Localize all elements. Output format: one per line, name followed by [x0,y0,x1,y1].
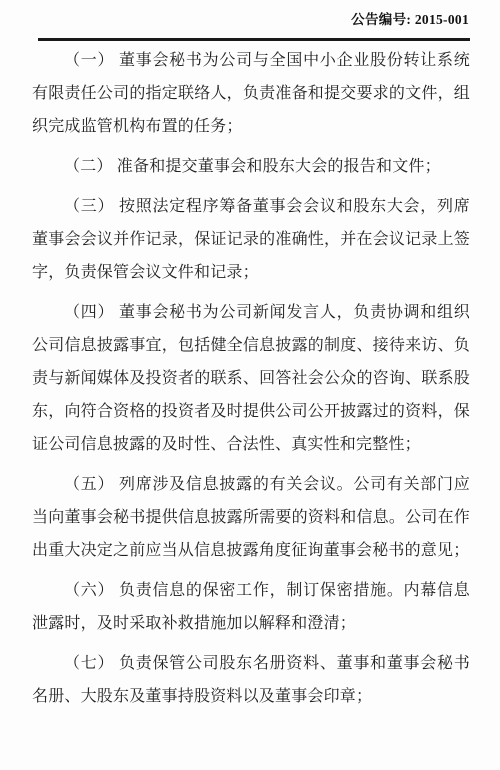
paragraph-item-7: （七） 负责保管公司股东名册资料、董事和董事会秘书名册、大股东及董事持股资料以及… [32,647,470,713]
document-page: 公告编号: 2015-001 （一） 董事会秘书为公司与全国中小企业股份转让系统… [0,0,500,770]
paragraph-item-4: （四） 董事会秘书为公司新闻发言人，负责协调和组织公司信息披露事宜，包括健全信息… [32,296,470,461]
paragraph-item-3: （三） 按照法定程序筹备董事会会议和股东大会，列席董事会会议并作记录，保证记录的… [32,190,470,289]
document-body: （一） 董事会秘书为公司与全国中小企业股份转让系统有限责任公司的指定联络人，负责… [32,44,470,720]
announcement-number: 公告编号: 2015-001 [351,8,469,28]
header-divider [38,38,470,41]
paragraph-item-1: （一） 董事会秘书为公司与全国中小企业股份转让系统有限责任公司的指定联络人，负责… [32,44,470,143]
paragraph-item-5: （五） 列席涉及信息披露的有关会议。公司有关部门应当向董事会秘书提供信息披露所需… [32,468,470,567]
paragraph-item-6: （六） 负责信息的保密工作，制订保密措施。内幕信息泄露时，及时采取补救措施加以解… [32,574,470,640]
paragraph-item-2: （二） 准备和提交董事会和股东大会的报告和文件； [32,150,470,183]
